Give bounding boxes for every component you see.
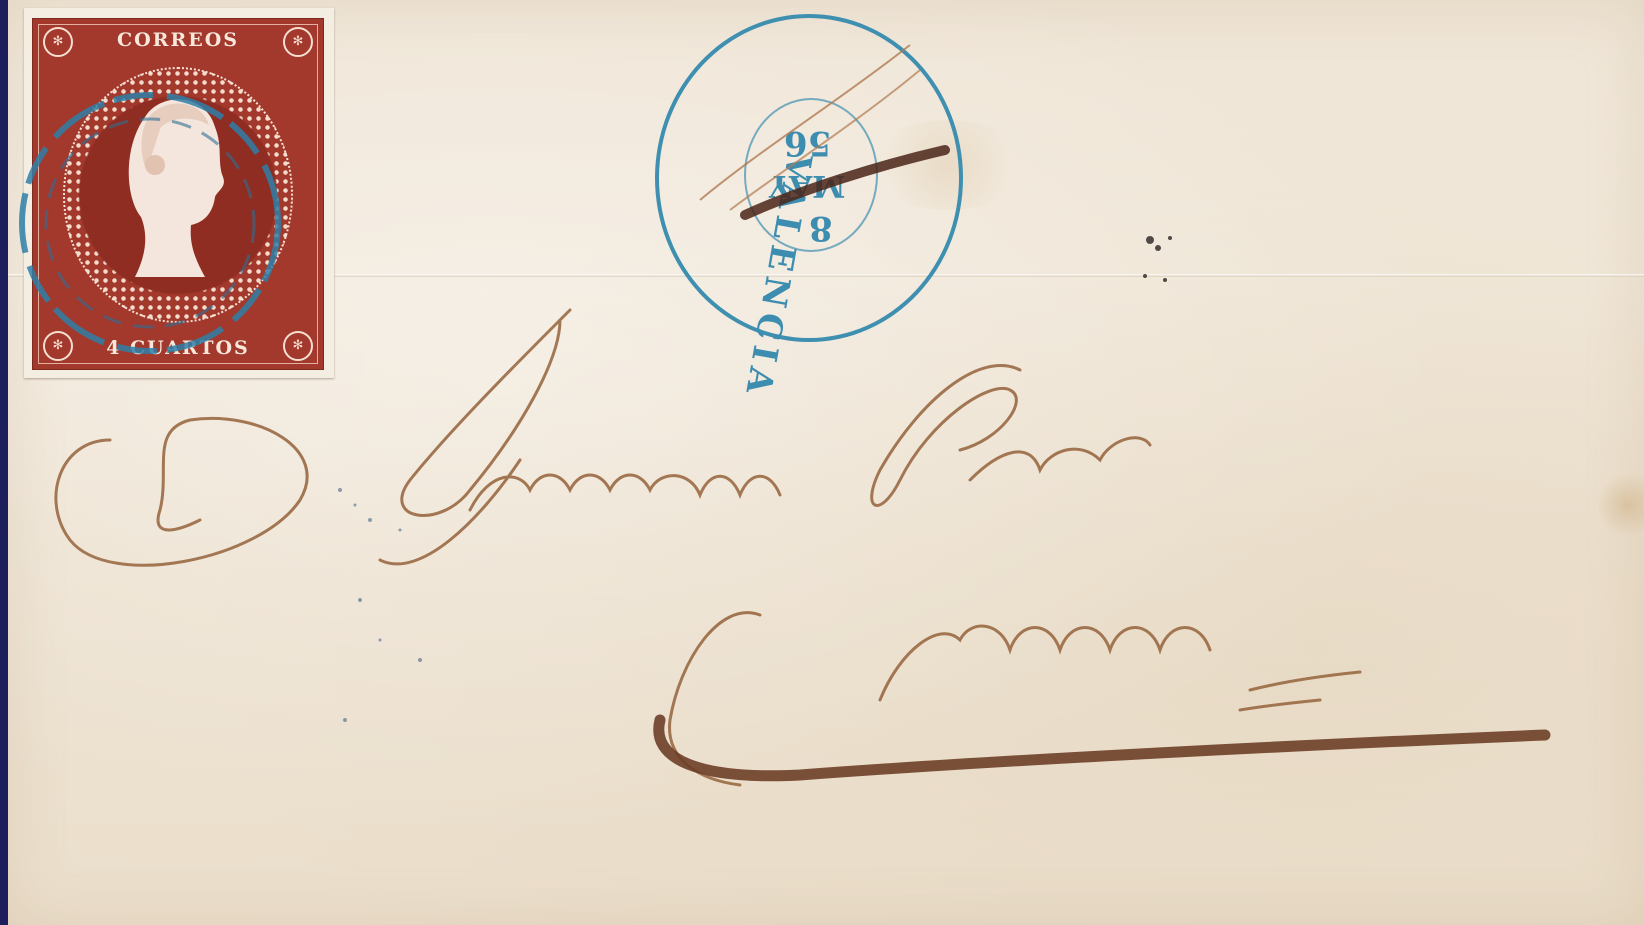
stamp-cancel-postmark — [0, 8, 310, 408]
postmark-day: 8 — [809, 208, 833, 248]
address-line-2: Cuenca — [0, 0, 1, 1]
valencia-postmark: VALENCIA 8 MAY 56 — [655, 14, 963, 342]
postage-stamp: CORREOS ✻ ✻ ✻ ✻ 4 CUARTOS 8 MAY 56 — [24, 8, 334, 378]
photo-scene: CORREOS ✻ ✻ ✻ ✻ 4 CUARTOS 8 MAY 56 VALEN… — [0, 0, 1644, 925]
postmark-month: MAY — [769, 168, 845, 203]
postmark-year: 56 — [784, 123, 831, 163]
address-line-1: D. Germán Petit — [0, 0, 1, 1]
stain — [1598, 470, 1644, 540]
